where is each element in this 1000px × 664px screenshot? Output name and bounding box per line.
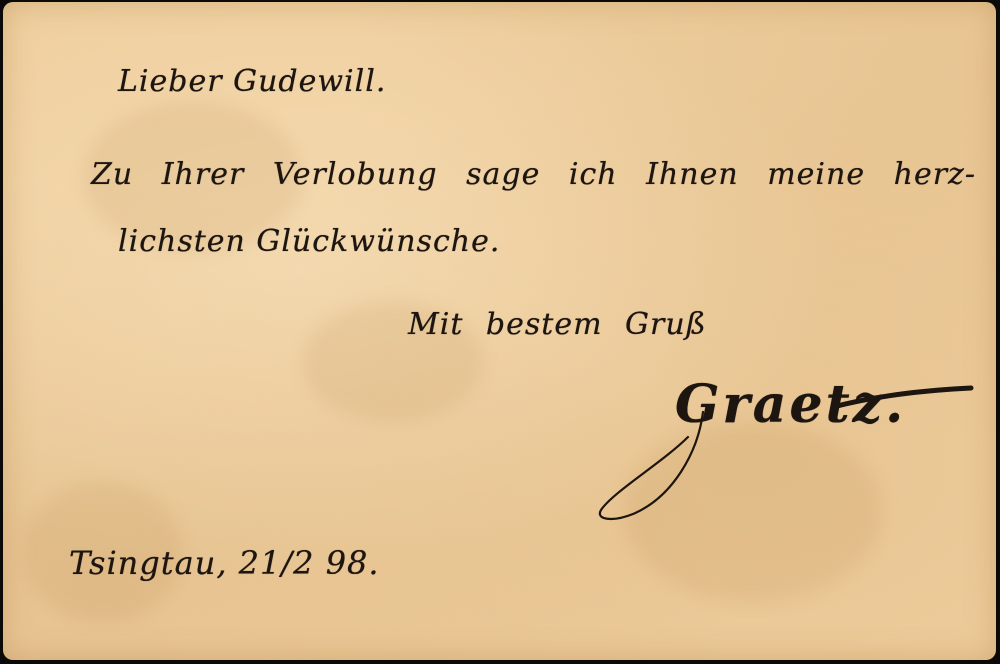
signature: Graetz.	[675, 374, 906, 435]
paper-stain	[623, 422, 883, 602]
postcard: Lieber Gudewill. Zu Ihrer Verlobung sage…	[3, 2, 996, 660]
place-date: Tsingtau, 21/2 98.	[69, 544, 380, 582]
salutation: Lieber Gudewill.	[118, 64, 386, 99]
body-line-2: lichsten Glückwünsche.	[118, 224, 500, 259]
body-line-1: Zu Ihrer Verlobung sage ich Ihnen meine …	[91, 157, 976, 192]
closing: Mit bestem Gruß	[408, 307, 707, 342]
